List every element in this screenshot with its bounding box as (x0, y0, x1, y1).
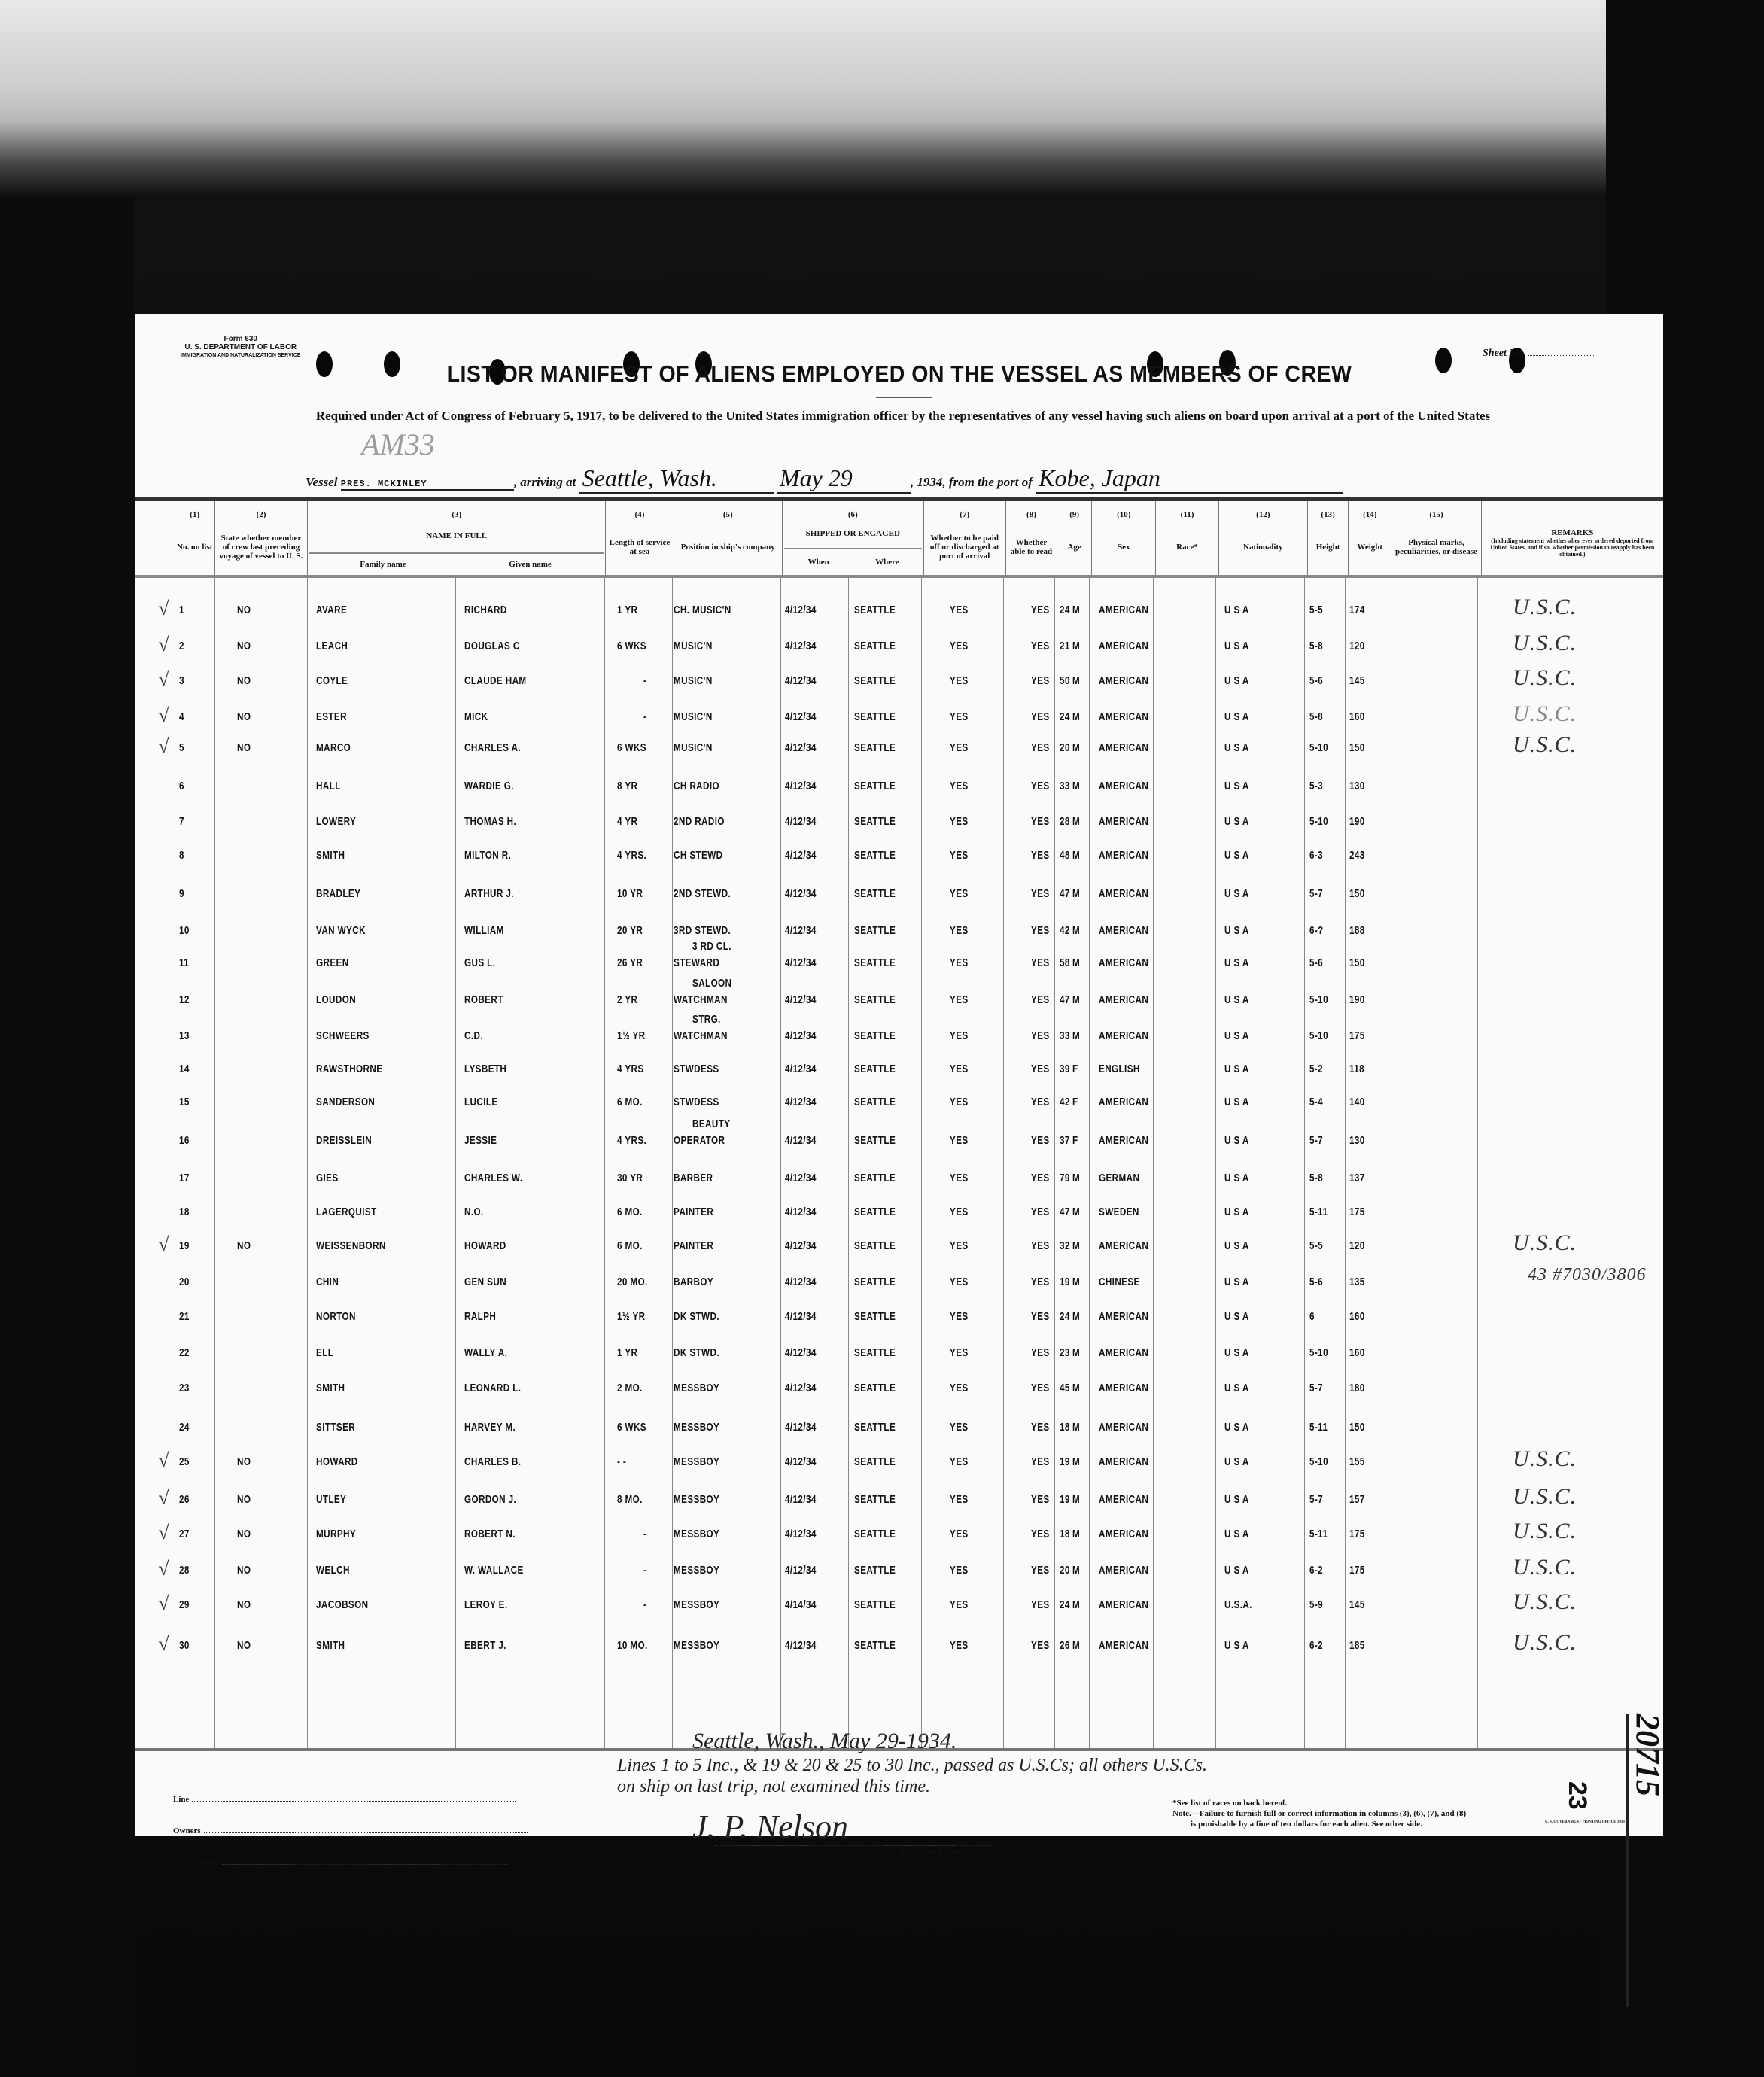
race: AMERICAN (1099, 1346, 1148, 1359)
shipped-where: SEATTLE (854, 849, 896, 862)
previous-voyage: NO (237, 710, 251, 723)
shipped-when: 4/12/34 (785, 1096, 817, 1108)
height: 5-5 (1309, 1239, 1323, 1252)
arrival-port: Seattle, Wash. (579, 464, 774, 494)
paid-off: YES (950, 1276, 969, 1288)
shipped-where: SEATTLE (854, 887, 896, 900)
age: 18 (1060, 1528, 1070, 1540)
given-name: WARDIE G. (464, 780, 514, 792)
able-to-read: YES (1031, 1455, 1050, 1468)
sex: M (1072, 1493, 1080, 1506)
shipped-where: SEATTLE (854, 1421, 896, 1434)
table-row: 17GIESCHARLES W.30 YRBARBER4/12/34SEATTL… (135, 1172, 1663, 1191)
shipped-when: 4/12/34 (785, 1276, 817, 1288)
paid-off: YES (950, 849, 969, 862)
weight: 118 (1349, 1063, 1364, 1075)
able-to-read: YES (1031, 1134, 1050, 1147)
paid-off: YES (950, 1063, 969, 1075)
age: 19 (1060, 1276, 1070, 1288)
position: 2ND STEWD. (674, 887, 731, 900)
paid-off: YES (950, 887, 969, 900)
race: AMERICAN (1099, 640, 1148, 652)
family-name: ESTER (316, 710, 347, 723)
height: 5-7 (1309, 1382, 1323, 1394)
weight: 190 (1349, 993, 1365, 1006)
race: AMERICAN (1099, 1455, 1148, 1468)
col-header-name: (3)NAME IN FULLFamily nameGiven name (308, 501, 606, 575)
age: 24 (1060, 710, 1070, 723)
sex: M (1072, 1564, 1080, 1577)
nationality: U S A (1224, 1063, 1249, 1075)
shipped-when: 4/12/34 (785, 815, 817, 828)
age: 24 (1060, 604, 1070, 616)
remarks-handwritten: U.S.C. (1513, 1589, 1577, 1615)
length-of-service: 20 MO. (617, 1276, 648, 1288)
height: 5-11 (1309, 1421, 1328, 1434)
height: 5-5 (1309, 604, 1323, 616)
shipped-when: 4/12/34 (785, 1310, 817, 1323)
race: SWEDEN (1099, 1206, 1139, 1218)
paid-off: YES (950, 1310, 969, 1323)
length-of-service: 4 YRS. (617, 1134, 646, 1147)
sex: M (1072, 741, 1080, 754)
row-number: 13 (179, 1029, 190, 1042)
family-name: SMITH (316, 1382, 345, 1394)
remarks-handwritten: U.S.C. (1513, 595, 1577, 620)
row-number: 26 (179, 1493, 190, 1506)
length-of-service: 8 MO. (617, 1493, 643, 1506)
nationality: U S A (1224, 1564, 1249, 1577)
table-row: 6HALLWARDIE G.8 YRCH RADIO4/12/34SEATTLE… (135, 780, 1663, 799)
family-name: LAGERQUIST (316, 1206, 377, 1218)
able-to-read: YES (1031, 993, 1050, 1006)
height: 5-10 (1309, 741, 1328, 754)
nationality: U S A (1224, 1382, 1249, 1394)
length-of-service: 4 YRS. (617, 849, 646, 862)
page-title: LIST OR MANIFEST OF ALIENS EMPLOYED ON T… (196, 360, 1602, 388)
table-row: √29NOJACOBSONLEROY E.-MESSBOY4/14/34SEAT… (135, 1598, 1663, 1618)
given-name: HARVEY M. (464, 1421, 516, 1434)
shipped-when: 4/12/34 (785, 1206, 817, 1218)
sex: M (1072, 1276, 1080, 1288)
paid-off: YES (950, 956, 969, 969)
height: 5-4 (1309, 1096, 1323, 1108)
col-spacer (135, 501, 175, 575)
family-name: HOWARD (316, 1455, 358, 1468)
length-of-service: 2 YR (617, 993, 637, 1006)
race: AMERICAN (1099, 1134, 1148, 1147)
weight: 188 (1349, 924, 1365, 937)
height: 5-6 (1309, 1276, 1323, 1288)
remarks-handwritten: U.S.C. (1513, 1519, 1577, 1544)
age: 42 (1060, 1096, 1070, 1108)
remarks-handwritten: U.S.C. (1513, 1484, 1577, 1510)
weight: 150 (1349, 741, 1365, 754)
given-name: CHARLES W. (464, 1172, 522, 1184)
inspector-label: Immigrant Inspector. (899, 1847, 972, 1856)
position: MESSBOY (674, 1382, 719, 1394)
race: GERMAN (1099, 1172, 1139, 1184)
paid-off: YES (950, 1493, 969, 1506)
weight: 175 (1349, 1206, 1365, 1218)
sex: M (1072, 924, 1080, 937)
length-of-service: 6 WKS (617, 640, 646, 652)
table-row: 10VAN WYCKWILLIAM20 YR3RD STEWD.4/12/34S… (135, 924, 1663, 944)
able-to-read: YES (1031, 1382, 1050, 1394)
given-name: W. WALLACE (464, 1564, 524, 1577)
race: AMERICAN (1099, 1493, 1148, 1506)
position: DK STWD. (674, 1310, 719, 1323)
nationality: U S A (1224, 1206, 1249, 1218)
row-number: 29 (179, 1598, 190, 1611)
height: 5-2 (1309, 1063, 1323, 1075)
sex: M (1072, 849, 1080, 862)
row-number: 25 (179, 1455, 190, 1468)
nationality: U S A (1224, 640, 1249, 652)
length-of-service: 20 YR (617, 924, 643, 937)
shipped-where: SEATTLE (854, 1639, 896, 1652)
position: DK STWD. (674, 1346, 719, 1359)
nationality: U S A (1224, 1276, 1249, 1288)
table-row: 13SCHWEERSC.D.1½ YRWATCHMAN4/12/34SEATTL… (135, 1029, 1663, 1049)
nationality: U S A (1224, 849, 1249, 862)
shipped-when: 4/12/34 (785, 780, 817, 792)
penalty-note-1: Note.—Failure to furnish full or correct… (1172, 1808, 1466, 1819)
weight: 174 (1349, 604, 1365, 616)
shipped-when: 4/12/34 (785, 1172, 817, 1184)
race: AMERICAN (1099, 815, 1148, 828)
position: MESSBOY (674, 1598, 719, 1611)
row-number: 18 (179, 1206, 190, 1218)
row-number: 10 (179, 924, 190, 937)
family-name: DREISSLEIN (316, 1134, 372, 1147)
family-name: VAN WYCK (316, 924, 366, 937)
shipped-when: 4/12/34 (785, 1029, 817, 1042)
race: AMERICAN (1099, 993, 1148, 1006)
shipped-when: 4/12/34 (785, 1493, 817, 1506)
table-row: 12LOUDONROBERT2 YRWATCHMAN4/12/34SEATTLE… (135, 993, 1663, 1013)
age: 32 (1060, 1239, 1070, 1252)
able-to-read: YES (1031, 956, 1050, 969)
row-number: 30 (179, 1639, 190, 1652)
shipped-where: SEATTLE (854, 1096, 896, 1108)
race: AMERICAN (1099, 849, 1148, 862)
position: BARBOY (674, 1276, 713, 1288)
length-of-service: 6 MO. (617, 1206, 643, 1218)
length-of-service: - (643, 674, 646, 687)
weight: 135 (1349, 1276, 1365, 1288)
position: MUSIC'N (674, 710, 713, 723)
nationality: U S A (1224, 1239, 1249, 1252)
previous-voyage: NO (237, 1493, 251, 1506)
subheader-where: Where (853, 558, 921, 567)
shipped-when: 4/12/34 (785, 1455, 817, 1468)
given-name: CHARLES A. (464, 741, 521, 754)
shipped-when: 4/12/34 (785, 993, 817, 1006)
sex: F (1072, 1063, 1078, 1075)
family-name: SMITH (316, 849, 345, 862)
weight: 175 (1349, 1564, 1365, 1577)
age: 18 (1060, 1421, 1070, 1434)
able-to-read: YES (1031, 1346, 1050, 1359)
race: AMERICAN (1099, 1598, 1148, 1611)
shipped-when: 4/12/34 (785, 640, 817, 652)
row-number: 3 (179, 674, 184, 687)
position: MESSBOY (674, 1421, 719, 1434)
remarks-handwritten: U.S.C. (1513, 701, 1577, 727)
paid-off: YES (950, 1421, 969, 1434)
race: AMERICAN (1099, 710, 1148, 723)
able-to-read: YES (1031, 674, 1050, 687)
shipped-when: 4/12/34 (785, 849, 817, 862)
vessel-name: PRES. MCKINLEY (341, 479, 514, 491)
given-name: ARTHUR J. (464, 887, 514, 900)
nationality: U S A (1224, 887, 1249, 900)
weight: 150 (1349, 1421, 1365, 1434)
col-header-shipped: (6)SHIPPED OR ENGAGEDWhenWhere (783, 501, 924, 575)
height: 6-2 (1309, 1564, 1323, 1577)
paid-off: YES (950, 1455, 969, 1468)
weight: 130 (1349, 1134, 1365, 1147)
length-of-service: 1½ YR (617, 1310, 646, 1323)
previous-voyage: NO (237, 1239, 251, 1252)
length-of-service: 6 WKS (617, 741, 646, 754)
shipped-when: 4/12/34 (785, 887, 817, 900)
shipped-where: SEATTLE (854, 1063, 896, 1075)
given-name: GEN SUN (464, 1276, 506, 1288)
position: MUSIC'N (674, 741, 713, 754)
nationality: U S A (1224, 741, 1249, 754)
handwritten-inspector-note: Lines 1 to 5 Inc., & 19 & 20 & 25 to 30 … (617, 1756, 1207, 1776)
subheader-family-name: Family name (309, 560, 457, 569)
position: MUSIC'N (674, 674, 713, 687)
nationality: U S A (1224, 1528, 1249, 1540)
table-row: √1NOAVARERICHARD1 YRCH. MUSIC'N4/12/34SE… (135, 604, 1663, 623)
col-header-physical-marks: (15)Physical marks, peculiarities, or di… (1391, 501, 1481, 575)
nationality: U S A (1224, 924, 1249, 937)
sex: M (1072, 710, 1080, 723)
family-name: WEISSENBORN (316, 1239, 386, 1252)
paid-off: YES (950, 1096, 969, 1108)
shipped-when: 4/12/34 (785, 1063, 817, 1075)
weight: 150 (1349, 956, 1365, 969)
able-to-read: YES (1031, 887, 1050, 900)
shipped-when: 4/12/34 (785, 1528, 817, 1540)
col-header-race: (11)Race* (1156, 501, 1218, 575)
row-number: 28 (179, 1564, 190, 1577)
shipped-where: SEATTLE (854, 924, 896, 937)
weight: 160 (1349, 1346, 1365, 1359)
nationality: U S A (1224, 1639, 1249, 1652)
weight: 190 (1349, 815, 1365, 828)
weight: 130 (1349, 780, 1365, 792)
position: MESSBOY (674, 1493, 719, 1506)
table-row: 11GREENGUS L.26 YRSTEWARD4/12/34SEATTLEY… (135, 956, 1663, 976)
length-of-service: 1 YR (617, 604, 637, 616)
shipped-when: 4/12/34 (785, 956, 817, 969)
weight: 157 (1349, 1493, 1365, 1506)
margin-page-number: 23 (1562, 1781, 1592, 1810)
weight: 160 (1349, 1310, 1365, 1323)
checkmark-icon: √ (158, 1558, 169, 1580)
height: 5-11 (1309, 1528, 1328, 1540)
able-to-read: YES (1031, 1063, 1050, 1075)
length-of-service: 8 YR (617, 780, 637, 792)
race: AMERICAN (1099, 1239, 1148, 1252)
age: 28 (1060, 815, 1070, 828)
form-number: Form 630 (181, 335, 300, 343)
col-header-read: (8)Whether able to read (1005, 501, 1057, 575)
able-to-read: YES (1031, 849, 1050, 862)
paid-off: YES (950, 1639, 969, 1652)
height: 6-? (1309, 924, 1324, 937)
family-name: GIES (316, 1172, 339, 1184)
service-name: IMMIGRATION AND NATURALIZATION SERVICE (181, 351, 300, 360)
age: 50 (1060, 674, 1070, 687)
table-row: √2NOLEACHDOUGLAS C6 WKSMUSIC'N4/12/34SEA… (135, 640, 1663, 659)
nationality: U S A (1224, 674, 1249, 687)
inspector-signature: J. P. Nelson (692, 1808, 848, 1846)
checkmark-icon: √ (158, 1449, 169, 1472)
col-header-nationality: (12)Nationality (1218, 501, 1307, 575)
race: ENGLISH (1099, 1063, 1140, 1075)
given-name: LEONARD L. (464, 1382, 521, 1394)
age: 42 (1060, 924, 1070, 937)
nationality: U S A (1224, 956, 1249, 969)
length-of-service: 2 MO. (617, 1382, 643, 1394)
shipped-where: SEATTLE (854, 1239, 896, 1252)
shipped-when: 4/12/34 (785, 1639, 817, 1652)
position: OPERATOR (674, 1134, 725, 1147)
position-qualifier: BEAUTY (692, 1118, 730, 1130)
able-to-read: YES (1031, 1096, 1050, 1108)
table-row: √27NOMURPHYROBERT N.-MESSBOY4/12/34SEATT… (135, 1528, 1663, 1547)
row-number: 21 (179, 1310, 190, 1323)
line-blank (192, 1801, 516, 1802)
length-of-service: 10 YR (617, 887, 643, 900)
family-name: AVARE (316, 604, 347, 616)
col-header-weight: (14)Weight (1349, 501, 1391, 575)
able-to-read: YES (1031, 1493, 1050, 1506)
line-field: Line (173, 1795, 516, 1804)
local-agents-field: Local Agents (173, 1858, 508, 1867)
given-name: CHARLES B. (464, 1455, 521, 1468)
shipped-where: SEATTLE (854, 1598, 896, 1611)
given-name: HOWARD (464, 1239, 506, 1252)
paid-off: YES (950, 1029, 969, 1042)
shipped-where: SEATTLE (854, 1564, 896, 1577)
shipped-where: SEATTLE (854, 1276, 896, 1288)
height: 5-6 (1309, 674, 1323, 687)
row-number: 23 (179, 1382, 190, 1394)
sex: M (1072, 1172, 1080, 1184)
family-name: ELL (316, 1346, 333, 1359)
given-name: WALLY A. (464, 1346, 507, 1359)
checkmark-icon: √ (158, 598, 169, 620)
race: AMERICAN (1099, 741, 1148, 754)
given-name: EBERT J. (464, 1639, 506, 1652)
able-to-read: YES (1031, 780, 1050, 792)
form-identifier: Form 630 U. S. DEPARTMENT OF LABOR IMMIG… (181, 335, 300, 360)
nationality: U S A (1224, 1493, 1249, 1506)
family-name: CHIN (316, 1276, 339, 1288)
shipped-where: SEATTLE (854, 1134, 896, 1147)
race: AMERICAN (1099, 604, 1148, 616)
row-number: 1 (179, 604, 184, 616)
checkmark-icon: √ (158, 668, 169, 691)
scan-border-left (0, 196, 135, 2077)
departure-port: Kobe, Japan (1036, 464, 1343, 494)
arriving-label: , arriving at (514, 475, 576, 489)
able-to-read: YES (1031, 1528, 1050, 1540)
position-qualifier: 3 RD CL. (692, 940, 731, 953)
given-name: LUCILE (464, 1096, 498, 1108)
able-to-read: YES (1031, 710, 1050, 723)
age: 48 (1060, 849, 1070, 862)
remarks-handwritten: U.S.C. (1513, 1446, 1577, 1472)
shipped-when: 4/12/34 (785, 1134, 817, 1147)
height: 5-10 (1309, 1455, 1328, 1468)
subheader-given-name: Given name (457, 560, 604, 569)
checkmark-icon: √ (158, 1522, 169, 1544)
age: 20 (1060, 741, 1070, 754)
checkmark-icon: √ (158, 1233, 169, 1256)
height: 5-7 (1309, 1493, 1323, 1506)
height: 5-7 (1309, 887, 1323, 900)
able-to-read: YES (1031, 1029, 1050, 1042)
given-name: C.D. (464, 1029, 483, 1042)
shipped-where: SEATTLE (854, 710, 896, 723)
shipped-where: SEATTLE (854, 741, 896, 754)
remarks-handwritten: U.S.C. (1513, 1230, 1577, 1256)
age: 19 (1060, 1455, 1070, 1468)
race: AMERICAN (1099, 1382, 1148, 1394)
remarks-handwritten: U.S.C. (1513, 1630, 1577, 1656)
race: AMERICAN (1099, 956, 1148, 969)
position: MESSBOY (674, 1564, 719, 1577)
nationality: U S A (1224, 1172, 1249, 1184)
weight: 175 (1349, 1029, 1365, 1042)
race: AMERICAN (1099, 1096, 1148, 1108)
handwritten-place-date: Seattle, Wash., May 29-1934. (692, 1729, 957, 1754)
row-number: 16 (179, 1134, 190, 1147)
weight: 175 (1349, 1528, 1365, 1540)
sex: F (1072, 1134, 1078, 1147)
paid-off: YES (950, 1598, 969, 1611)
given-name: CLAUDE HAM (464, 674, 527, 687)
sex: M (1072, 1382, 1080, 1394)
shipped-where: SEATTLE (854, 640, 896, 652)
shipped-when: 4/12/34 (785, 1382, 817, 1394)
table-row: √19NOWEISSENBORNHOWARD6 MO.PAINTER4/12/3… (135, 1239, 1663, 1259)
col-header-prev-voyage: (2)State whether member of crew last pre… (214, 501, 307, 575)
position: CH RADIO (674, 780, 719, 792)
manifest-page: Form 630 U. S. DEPARTMENT OF LABOR IMMIG… (135, 314, 1663, 1836)
table-row: √25NOHOWARDCHARLES B.- -MESSBOY4/12/34SE… (135, 1455, 1663, 1475)
remarks-handwritten: U.S.C. (1513, 665, 1577, 691)
height: 5-7 (1309, 1134, 1323, 1147)
family-name: SCHWEERS (316, 1029, 370, 1042)
shipped-where: SEATTLE (854, 1310, 896, 1323)
form-code: 14-1340 (191, 1869, 208, 1875)
family-name: COYLE (316, 674, 348, 687)
shipped-where: SEATTLE (854, 993, 896, 1006)
table-row: 16DREISSLEINJESSIE4 YRS.OPERATOR4/12/34S… (135, 1134, 1663, 1154)
length-of-service: 30 YR (617, 1172, 643, 1184)
nationality: U S A (1224, 780, 1249, 792)
length-of-service: - (643, 1598, 646, 1611)
department-name: U. S. DEPARTMENT OF LABOR (181, 343, 300, 351)
